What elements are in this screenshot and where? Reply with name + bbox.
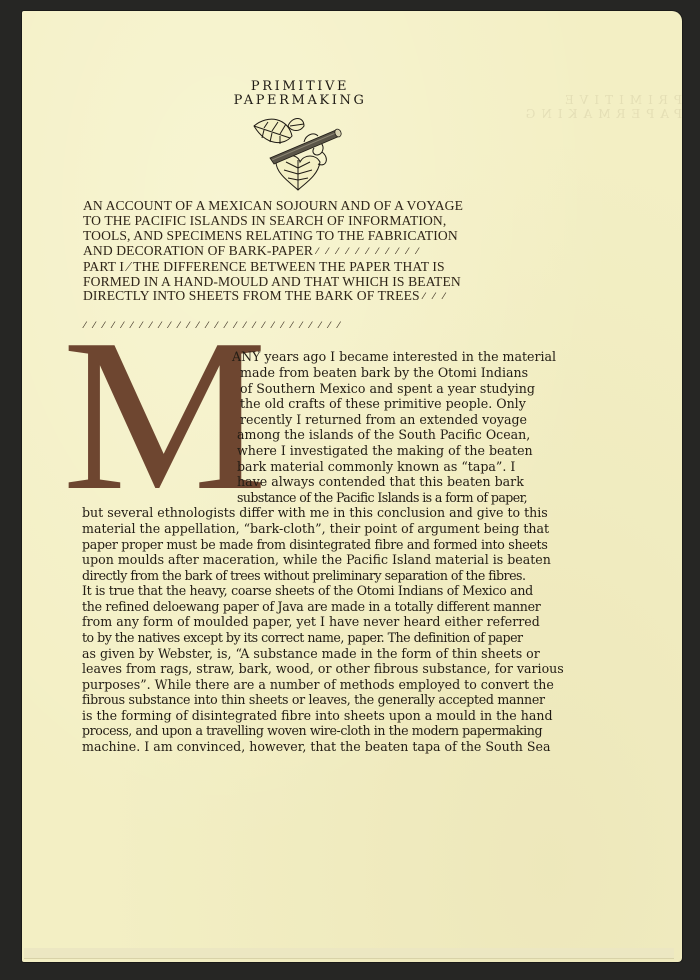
leaf-branch-ornament-icon xyxy=(248,114,348,192)
body-line: the refined deloewang paper of Java are … xyxy=(82,599,512,615)
body-line: directly from the bark of trees without … xyxy=(82,568,512,584)
body-line: leaves from rags, straw, bark, wood, or … xyxy=(82,661,512,677)
title-line-1: PRIMITIVE xyxy=(200,80,400,94)
heading-line-5: PART I ⁄ THE DIFFERENCE BETWEEN THE PAPE… xyxy=(83,260,523,275)
body-line: fibrous substance into thin sheets or le… xyxy=(82,692,512,708)
body-line: ANY years ago I became interested in the… xyxy=(232,349,512,365)
heading-line-4: AND DECORATION OF BARK-PAPER ⁄⁄⁄⁄⁄⁄⁄⁄⁄⁄⁄ xyxy=(83,244,523,260)
body-line: to by the natives except by its correct … xyxy=(82,630,512,646)
body-line: made from beaten bark by the Otomi India… xyxy=(240,365,512,381)
body-line: material the appellation, “bark-cloth”, … xyxy=(82,521,512,537)
body-line: purposes”. While there are a number of m… xyxy=(82,677,512,693)
show-through-text: PRIMITIVE PAPERMAKING xyxy=(402,93,682,121)
body-line: is the forming of disintegrated fibre in… xyxy=(82,708,512,724)
heading-line-1: AN ACCOUNT OF A MEXICAN SOJOURN AND OF A… xyxy=(83,199,523,214)
title-line-2: PAPERMAKING xyxy=(200,94,400,108)
body-line: It is true that the heavy, coarse sheets… xyxy=(82,583,512,599)
body-line: substance of the Pacific Islands is a fo… xyxy=(237,490,512,506)
body-line: paper proper must be made from disintegr… xyxy=(82,537,512,553)
body-line: as given by Webster, is, “A substance ma… xyxy=(82,646,512,662)
body-line: have always contended that this beaten b… xyxy=(237,474,512,490)
drop-cap: M xyxy=(62,326,247,506)
body-line: bark material commonly known as “tapa”. … xyxy=(237,459,512,475)
heading-line-6: FORMED IN A HAND-MOULD AND THAT WHICH IS… xyxy=(83,275,523,290)
body-line: the old crafts of these primitive people… xyxy=(240,396,512,412)
page-title: PRIMITIVE PAPERMAKING xyxy=(200,80,400,108)
deckle-edge xyxy=(24,948,674,959)
body-line: of Southern Mexico and spent a year stud… xyxy=(240,381,512,397)
line-end-ornaments: ⁄⁄⁄⁄⁄⁄⁄⁄⁄⁄⁄ xyxy=(317,247,427,257)
body-line: upon moulds after maceration, while the … xyxy=(82,552,512,568)
body-line: where I investigated the making of the b… xyxy=(237,443,512,459)
body-line: process, and upon a travelling woven wir… xyxy=(82,723,512,739)
line-end-ornaments: ⁄⁄⁄ xyxy=(423,292,453,302)
body-line: from any form of moulded paper, yet I ha… xyxy=(82,614,512,630)
heading-line-2: TO THE PACIFIC ISLANDS IN SEARCH OF INFO… xyxy=(83,214,523,229)
body-line: but several ethnologists differ with me … xyxy=(82,505,512,521)
body-line: recently I returned from an extended voy… xyxy=(240,412,512,428)
body-line: among the islands of the South Pacific O… xyxy=(237,427,512,443)
heading-line-3: TOOLS, AND SPECIMENS RELATING TO THE FAB… xyxy=(83,229,523,244)
body-line: machine. I am convinced, however, that t… xyxy=(82,739,512,755)
subtitle-heading: AN ACCOUNT OF A MEXICAN SOJOURN AND OF A… xyxy=(83,199,523,305)
